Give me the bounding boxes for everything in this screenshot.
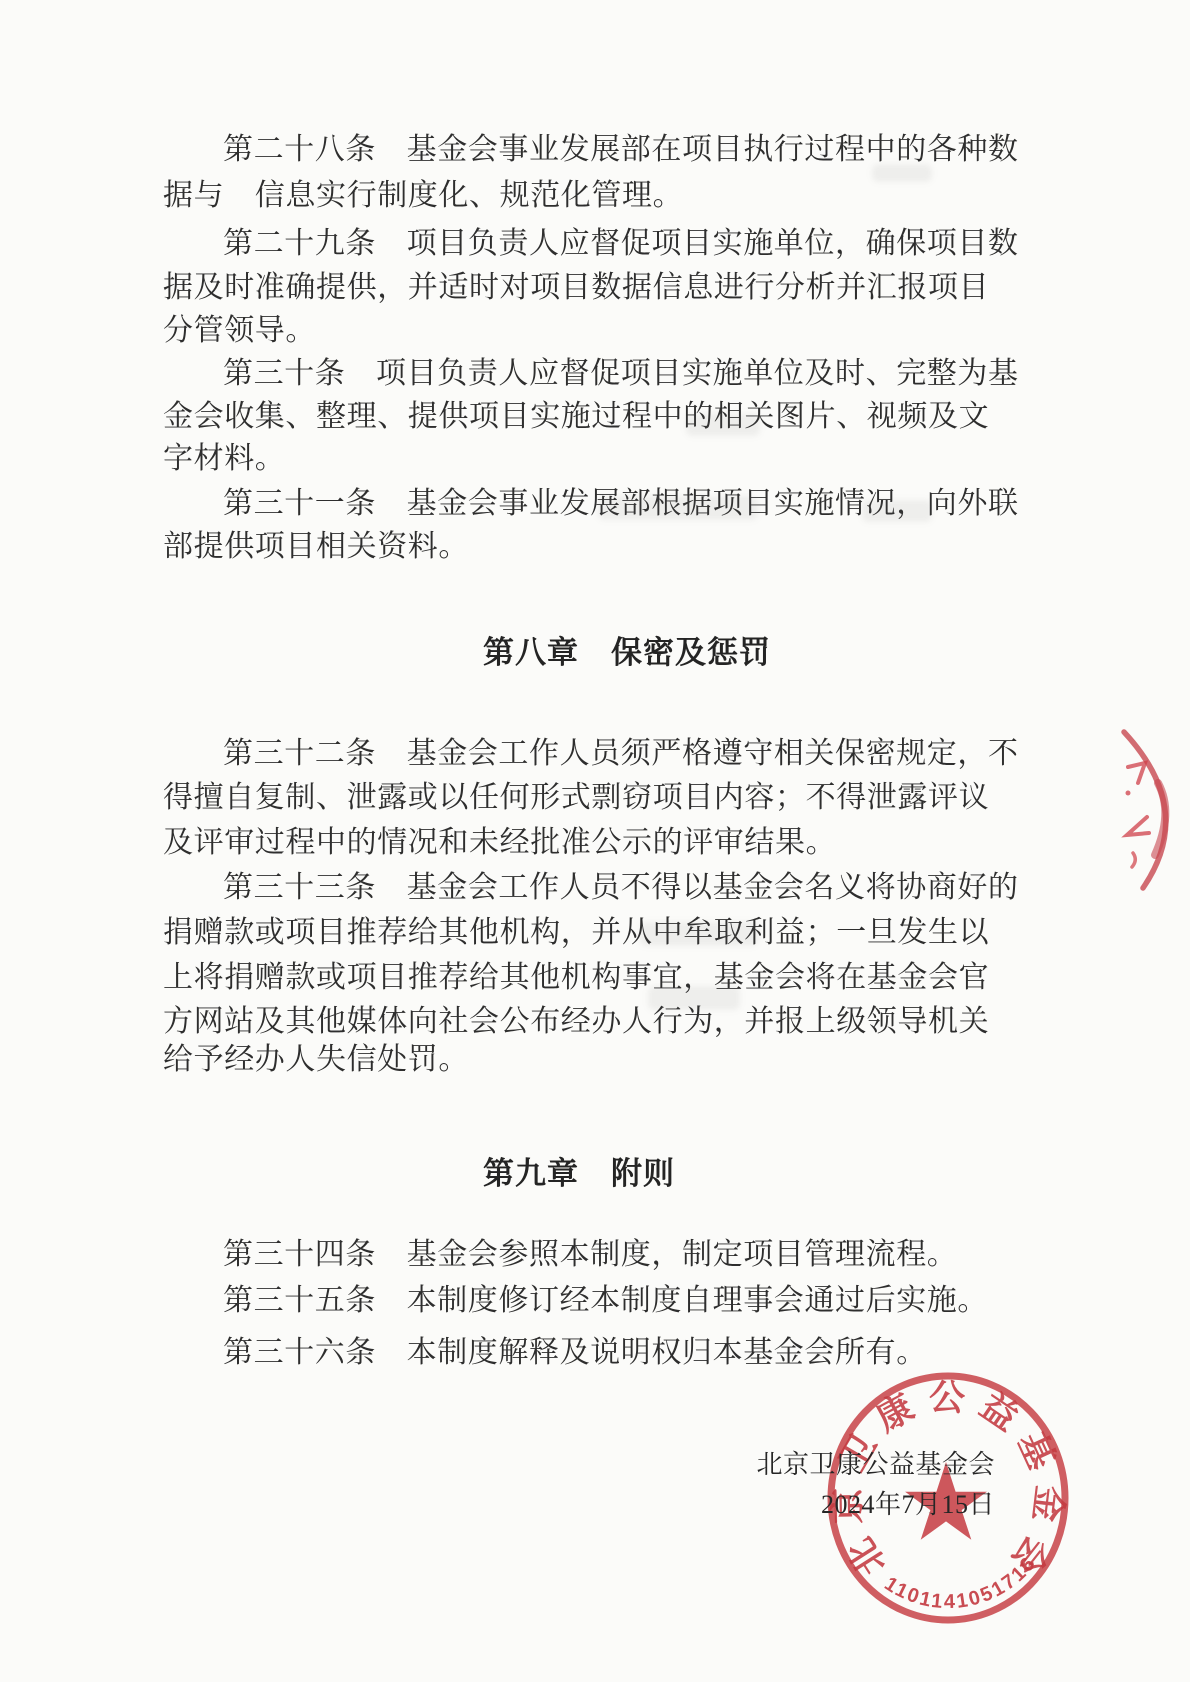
edge-seal-glyph-fragment — [1128, 763, 1145, 783]
body-line: 第二十九条 项目负责人应督促项目实施单位，确保项目数 — [163, 227, 1019, 262]
scan-ghost-smudge — [686, 414, 760, 436]
chapter-8-heading: 第八章 保密及惩罚 — [483, 627, 771, 672]
scan-ghost-smudge — [598, 496, 758, 520]
body-line: 据与 信息实行制度化、规范化管理。 — [163, 179, 683, 214]
body-line: 第三十五条 本制度修订经本制度自理事会通过后实施。 — [163, 1284, 988, 1319]
edge-seal-fragment — [1095, 705, 1190, 905]
signature-date: 2024年7月15日 — [821, 1484, 995, 1521]
scan-ghost-smudge — [872, 164, 932, 182]
edge-seal-glyph-fragment — [1132, 853, 1135, 867]
body-line: 第三十二条 基金会工作人员须严格遵守相关保密规定，不 — [163, 737, 1019, 772]
scanned-document-page: 第二十八条 基金会事业发展部在项目执行过程中的各种数 据与 信息实行制度化、规范… — [0, 0, 1190, 1682]
body-line: 分管领导。 — [163, 314, 316, 349]
body-line: 据及时准确提供，并适时对项目数据信息进行分析并汇报项目 — [163, 271, 989, 306]
body-line: 第三十条 项目负责人应督促项目实施单位及时、完整为基 — [163, 357, 1019, 392]
scan-ghost-smudge — [640, 922, 758, 946]
signature-organization: 北京卫康公益基金会 — [756, 1444, 995, 1481]
body-line: 字材料。 — [163, 442, 285, 477]
body-line: 第三十四条 基金会参照本制度，制定项目管理流程。 — [163, 1238, 957, 1273]
body-line: 及评审过程中的情况和未经批准公示的评审结果。 — [163, 826, 836, 861]
body-line: 第二十八条 基金会事业发展部在项目执行过程中的各种数 — [163, 133, 1019, 168]
body-line: 给予经办人失信处罚。 — [163, 1043, 469, 1078]
body-line: 上将捐赠款或项目推荐给其他机构事宜，基金会将在基金会官 — [163, 961, 989, 996]
edge-seal-arc — [1124, 732, 1166, 888]
body-line: 捐赠款或项目推荐给其他机构，并从中牟取利益；一旦发生以 — [163, 916, 989, 951]
body-line: 得擅自复制、泄露或以任何形式剽窃项目内容；不得泄露评议 — [163, 781, 989, 816]
body-line: 金会收集、整理、提供项目实施过程中的相关图片、视频及文 — [163, 400, 989, 435]
scan-ghost-smudge — [648, 986, 740, 1010]
body-line: 第三十六条 本制度解释及说明权归本基金会所有。 — [163, 1336, 927, 1371]
edge-seal-dot — [1126, 791, 1131, 796]
chapter-9-heading: 第九章 附则 — [483, 1148, 675, 1193]
scan-ghost-smudge — [862, 500, 932, 522]
edge-seal-glyph-fragment — [1127, 817, 1149, 835]
body-line: 第三十三条 基金会工作人员不得以基金会名义将协商好的 — [163, 871, 1019, 906]
body-line: 方网站及其他媒体向社会公布经办人行为，并报上级领导机关 — [163, 1005, 989, 1040]
body-line: 部提供项目相关资料。 — [163, 530, 469, 565]
